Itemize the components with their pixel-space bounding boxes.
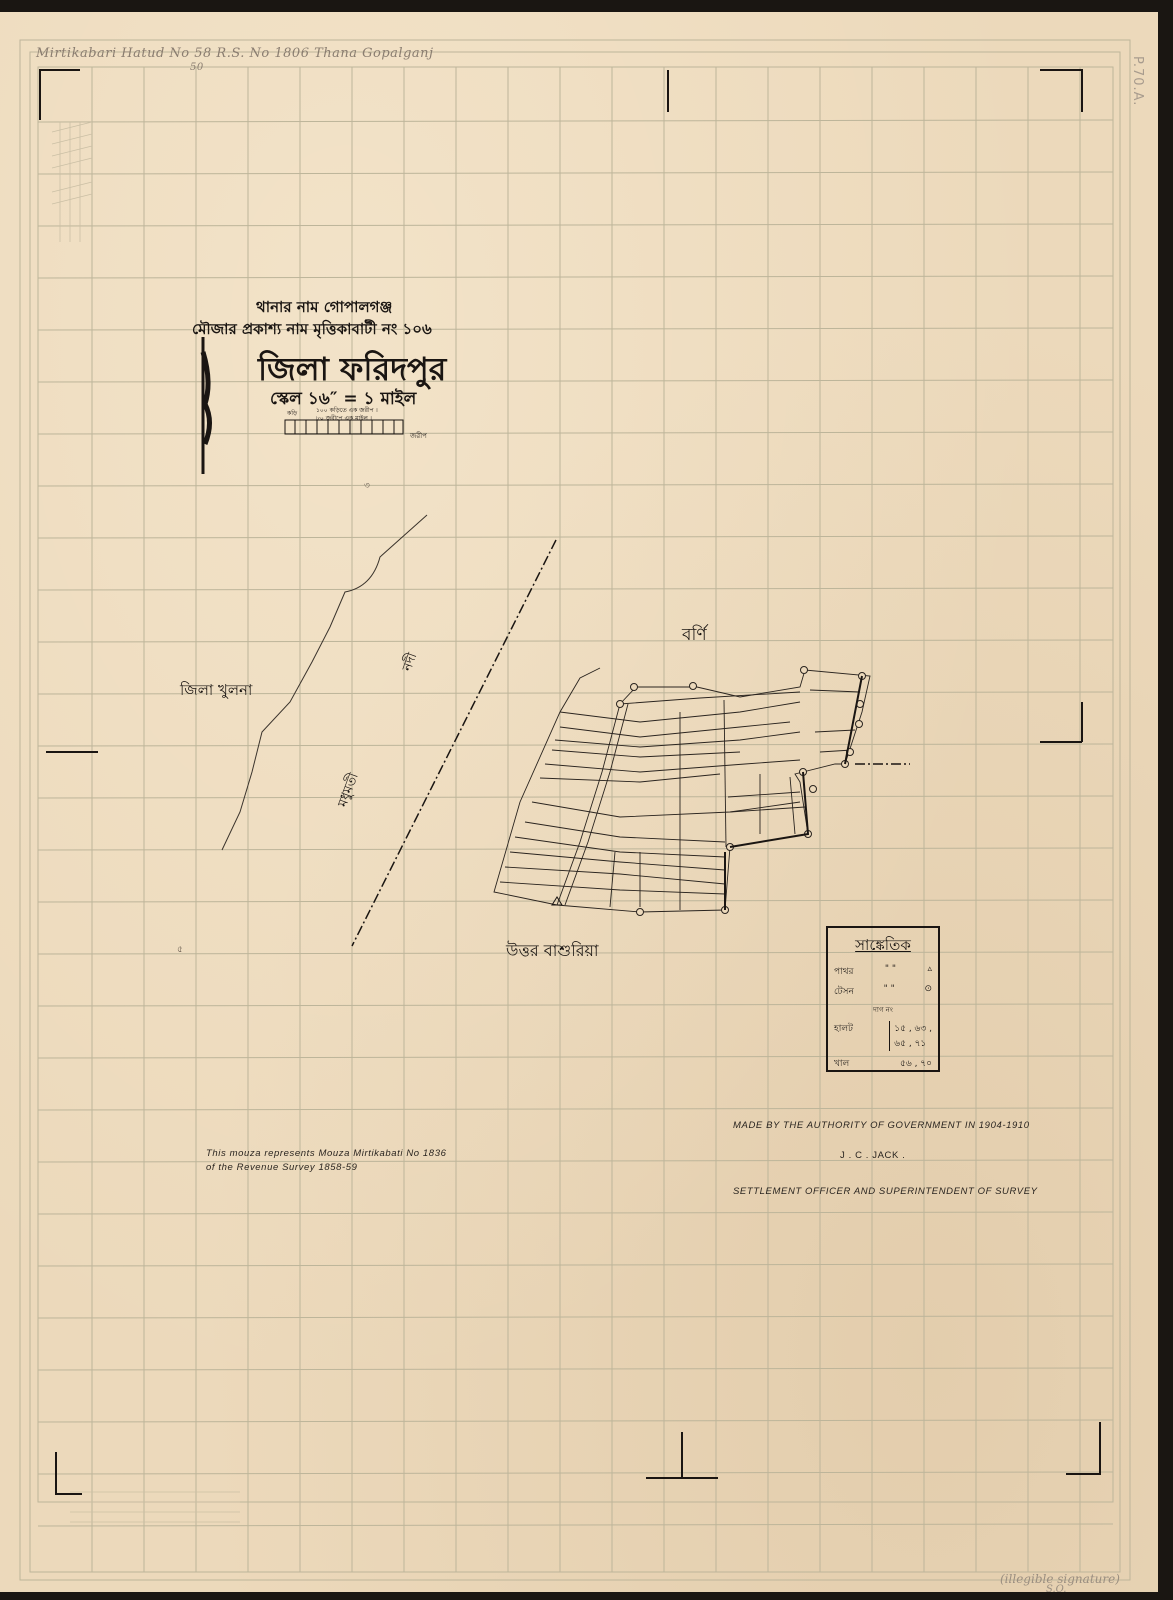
legend-title: সাঙ্কেতিক — [828, 934, 938, 959]
stray-mark: ৩ — [364, 478, 370, 493]
authority-note: MADE BY THE AUTHORITY OF GOVERNMENT IN 1… — [733, 1120, 1030, 1131]
map-sheet: Mirtikabari Hatud No 58 R.S. No 1806 Tha… — [0, 12, 1158, 1592]
north-neighbor-label: বর্ণি — [682, 622, 707, 650]
legend-row-stone: পাথর " " ▵ — [828, 964, 938, 979]
stray-mark: ৫ — [177, 942, 183, 957]
scale-note-2: ৮০ জরীপে এক মাইল । — [316, 413, 372, 424]
mouza-name: মৌজার প্রকাশ্য নাম মৃত্তিকাবাটী নং ১০৬ — [192, 318, 432, 343]
signature-title: S.O. — [1046, 1584, 1066, 1595]
south-neighbor-label: উত্তর বাশুরিয়া — [506, 938, 599, 965]
sheet-code: P.70.A. — [1130, 56, 1145, 106]
handwritten-note: Mirtikabari Hatud No 58 R.S. No 1806 Tha… — [36, 46, 434, 61]
scale-bar-left-label: কড়ি — [287, 408, 297, 419]
circle-dot-icon: ⊙ — [924, 984, 932, 999]
handwritten-subnote: 50 — [190, 62, 204, 73]
revenue-survey-note-line2: of the Revenue Survey 1858-59 — [206, 1162, 358, 1173]
officer-name: J . C . JACK . — [840, 1150, 905, 1161]
legend-row-station: টেসন " " ⊙ — [828, 984, 938, 999]
west-district-label: জিলা খুলনা — [180, 679, 252, 704]
legend-row-halot: হালট ১৫ , ৬৩ , ৬৫ , ৭১ — [828, 1021, 938, 1051]
scale-bar-unit: জরীপ — [410, 430, 427, 442]
officer-title: SETTLEMENT OFFICER AND SUPERINTENDENT OF… — [733, 1186, 1038, 1197]
triangle-icon: ▵ — [927, 964, 932, 979]
legend-row-khal: খাল ৫৬ , ৭০ — [828, 1056, 938, 1071]
legend-dag-header: দাগ নং — [828, 1004, 938, 1016]
map-grid — [0, 12, 1158, 1592]
legend-box: সাঙ্কেতিক পাথর " " ▵ টেসন " " ⊙ দাগ নং হ… — [826, 926, 940, 1072]
revenue-survey-note-line1: This mouza represents Mouza Mirtikabati … — [206, 1148, 446, 1159]
